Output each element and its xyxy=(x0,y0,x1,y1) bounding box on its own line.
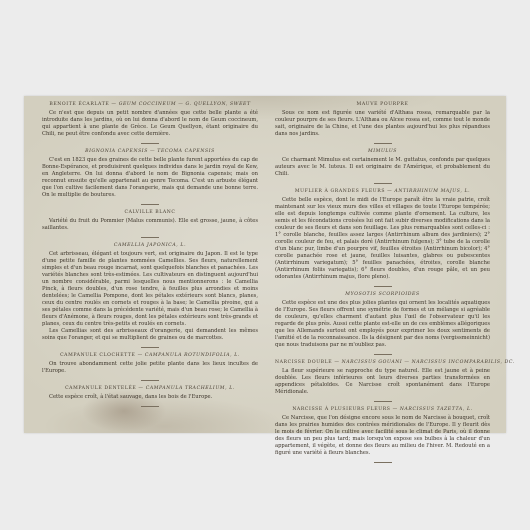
section-calville: Calville blanc Variété du fruit du Pommi… xyxy=(42,210,258,232)
heading-latin-name: Campanula rotundifolia, L. xyxy=(145,353,240,358)
heading-latin-name: Geum coccineum — G. Quellyon, Sweet xyxy=(119,102,251,107)
section-heading: Narcisse à plusieurs fleurs — Narcissus … xyxy=(275,407,490,412)
heading-common-name: Campanule clochette xyxy=(60,353,135,358)
heading-common-name: Campanule dentelée xyxy=(65,386,136,391)
section-body: Cette espèce croît, à l'état sauvage, da… xyxy=(42,394,258,401)
section-body: Cette belle espèce, dont le midi de l'Eu… xyxy=(275,197,490,281)
section-myosotis: Myosotis scorpioides Cette espèce est un… xyxy=(275,292,490,349)
section-body: Sous ce nom est figurée une variété d'Al… xyxy=(275,110,490,138)
section-narcisse-double: Narcisse double — Narcissus Gouani — Nar… xyxy=(275,360,490,396)
section-heading: Narcisse double — Narcissus Gouani — Nar… xyxy=(275,360,490,365)
heading-latin-name: Narcissus Gouani — Narcissus incomparabi… xyxy=(342,360,515,365)
section-body: On trouve abondamment cette jolie petite… xyxy=(42,361,258,375)
section-mauve: Mauve pourpre Sous ce nom est figurée un… xyxy=(275,102,490,138)
divider xyxy=(374,143,392,144)
section-body: Variété du fruit du Pommier (Malus commu… xyxy=(42,218,258,232)
divider xyxy=(141,143,159,144)
section-body: Ce n'est que depuis un petit nombre d'an… xyxy=(42,110,258,138)
divider xyxy=(141,406,159,407)
section-muflier: Muflier à grandes fleurs — Antirrhinum m… xyxy=(275,189,490,281)
section-heading: Calville blanc xyxy=(42,210,258,215)
right-column: Mauve pourpre Sous ce nom est figurée un… xyxy=(275,102,490,468)
divider xyxy=(374,462,392,463)
section-body: Ce charmant Mimulus est certainement le … xyxy=(275,157,490,178)
divider xyxy=(374,354,392,355)
section-body: Ce Narcisse, que l'on désigne encore sou… xyxy=(275,415,490,457)
divider xyxy=(141,347,159,348)
section-heading: Campanule dentelée — Campanula tracheliu… xyxy=(42,386,258,391)
section-heading: Mimulus xyxy=(275,149,490,154)
heading-latin-name: Antirrhinum majus, L. xyxy=(394,189,470,194)
section-bignonia: Bignonia capensis — Tecoma capensis C'es… xyxy=(42,149,258,199)
section-campanule-dentelee: Campanule dentelée — Campanula tracheliu… xyxy=(42,386,258,401)
heading-common-name: Narcisse double xyxy=(275,360,332,365)
section-heading: Mauve pourpre xyxy=(275,102,490,107)
divider xyxy=(141,380,159,381)
heading-latin-name: Camellia japonica, L. xyxy=(114,243,186,248)
section-heading: Camellia japonica, L. xyxy=(42,243,258,248)
divider xyxy=(141,237,159,238)
heading-latin-name: Mimulus xyxy=(368,149,397,154)
section-heading: Campanule clochette — Campanula rotundif… xyxy=(42,353,258,358)
section-heading: Muflier à grandes fleurs — Antirrhinum m… xyxy=(275,189,490,194)
section-body: C'est en 1823 que des graines de cette b… xyxy=(42,157,258,199)
divider xyxy=(374,183,392,184)
section-campanule-clochette: Campanule clochette — Campanula rotundif… xyxy=(42,353,258,375)
heading-common-name: Narcisse à plusieurs fleurs xyxy=(292,407,390,412)
section-body: La fleur supérieure se rapproche du type… xyxy=(275,368,490,396)
section-heading: Benoite écarlate — Geum coccineum — G. Q… xyxy=(42,102,258,107)
section-body: Cette espèce est une des plus jolies pla… xyxy=(275,300,490,349)
left-column: Benoite écarlate — Geum coccineum — G. Q… xyxy=(42,102,258,412)
divider xyxy=(374,286,392,287)
section-heading: Bignonia capensis — Tecoma capensis xyxy=(42,149,258,154)
heading-latin-name: Narcissus tazetta, L. xyxy=(400,407,473,412)
section-benoite: Benoite écarlate — Geum coccineum — G. Q… xyxy=(42,102,258,138)
divider xyxy=(374,401,392,402)
vintage-document-page: Benoite écarlate — Geum coccineum — G. Q… xyxy=(24,96,506,433)
heading-latin-name: Bignonia capensis — Tecoma capensis xyxy=(85,149,215,154)
section-narcisse-plusieurs: Narcisse à plusieurs fleurs — Narcissus … xyxy=(275,407,490,457)
section-body: Cet arbrisseau, élégant et toujours vert… xyxy=(42,251,258,328)
heading-common-name: Muflier à grandes fleurs xyxy=(295,189,385,194)
section-camellia: Camellia japonica, L. Cet arbrisseau, él… xyxy=(42,243,258,342)
heading-latin-name: Campanula trachelium, L. xyxy=(146,386,235,391)
heading-latin-name: Myosotis scorpioides xyxy=(345,292,419,297)
section-body-continued: Les Camellias sont des arbrisseaux d'ora… xyxy=(42,328,258,342)
heading-common-name: Benoite écarlate xyxy=(49,102,109,107)
section-mimulus: Mimulus Ce charmant Mimulus est certaine… xyxy=(275,149,490,178)
divider xyxy=(141,204,159,205)
section-heading: Myosotis scorpioides xyxy=(275,292,490,297)
